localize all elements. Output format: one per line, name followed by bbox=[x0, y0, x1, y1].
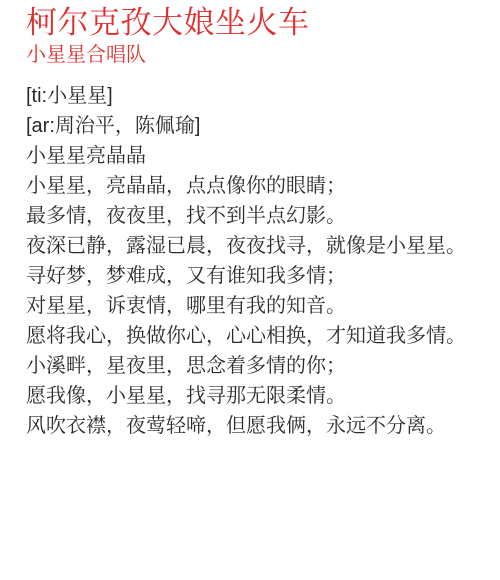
lyric-line: [ti:小星星] bbox=[26, 81, 490, 111]
lyric-line: 最多情，夜夜里，找不到半点幻影。 bbox=[26, 201, 490, 231]
lyric-line: 小溪畔，星夜里，思念着多情的你； bbox=[26, 351, 490, 381]
song-title: 柯尔克孜大娘坐火车 bbox=[26, 5, 490, 41]
lyric-line: 夜深已静，露湿已晨，夜夜找寻，就像是小星星。 bbox=[26, 231, 490, 261]
lyric-line: 愿我像，小星星，找寻那无限柔情。 bbox=[26, 381, 490, 411]
lyrics-block: [ti:小星星][ar:周治平，陈佩瑜]小星星亮晶晶小星星，亮晶晶，点点像你的眼… bbox=[26, 81, 490, 441]
lyric-line: 愿将我心，换做你心，心心相换，才知道我多情。 bbox=[26, 321, 490, 351]
lyric-line: [ar:周治平，陈佩瑜] bbox=[26, 111, 490, 141]
artist-name: 小星星合唱队 bbox=[26, 41, 490, 69]
lyrics-page: 柯尔克孜大娘坐火车 小星星合唱队 [ti:小星星][ar:周治平，陈佩瑜]小星星… bbox=[0, 0, 500, 441]
lyric-line: 对星星，诉衷情，哪里有我的知音。 bbox=[26, 291, 490, 321]
lyric-line: 小星星，亮晶晶，点点像你的眼睛； bbox=[26, 171, 490, 201]
lyric-line: 寻好梦，梦难成，又有谁知我多情； bbox=[26, 261, 490, 291]
lyric-line: 风吹衣襟，夜莺轻啼，但愿我俩，永远不分离。 bbox=[26, 411, 490, 441]
lyric-line: 小星星亮晶晶 bbox=[26, 141, 490, 171]
